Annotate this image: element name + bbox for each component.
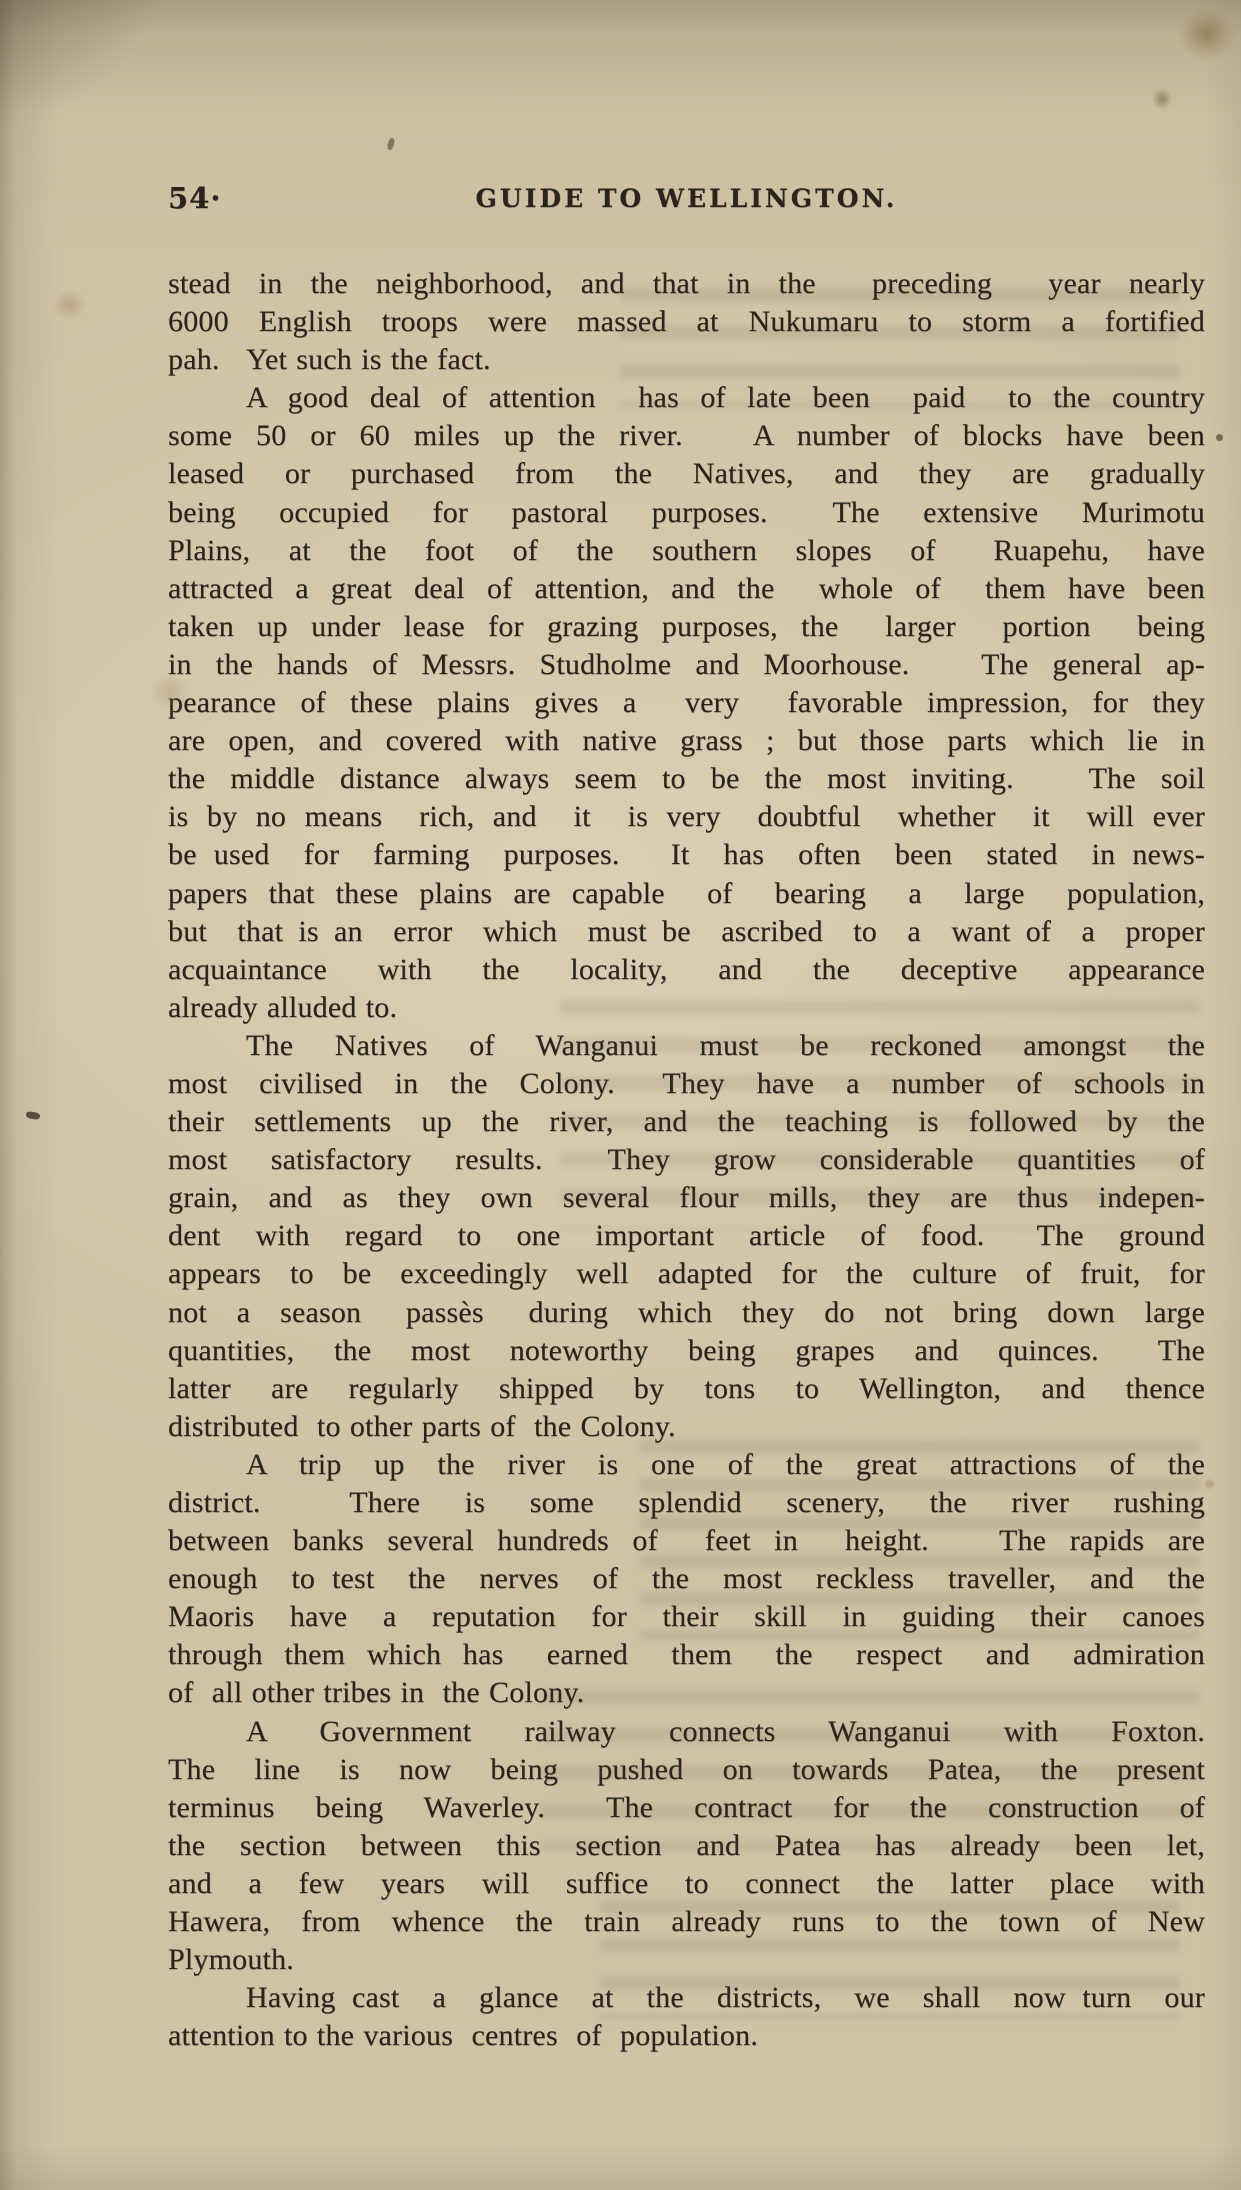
text-line: in the hands of Messrs. Studholme and Mo… xyxy=(168,646,1205,684)
text-line: A Government railway connects Wanganui w… xyxy=(168,1713,1205,1751)
text-line: acquaintance with the locality, and the … xyxy=(168,951,1205,989)
text-line: their settlements up the river, and the … xyxy=(168,1103,1205,1141)
text-line: pah. Yet such is the fact. xyxy=(168,341,1205,379)
text-line: A trip up the river is one of the great … xyxy=(168,1446,1205,1484)
text-line: leased or purchased from the Natives, an… xyxy=(168,455,1205,493)
text-line: Maoris have a reputation for their skill… xyxy=(168,1598,1205,1636)
text-line: of all other tribes in the Colony. xyxy=(168,1674,1205,1712)
text-line: A good deal of attention has of late bee… xyxy=(168,379,1205,417)
text-line: but that is an error which must be ascri… xyxy=(168,913,1205,951)
text-line: is by no means rich, and it is very doub… xyxy=(168,798,1205,836)
paragraph: A Government railway connects Wanganui w… xyxy=(168,1713,1205,1980)
text-line: pearance of these plains gives a very fa… xyxy=(168,684,1205,722)
text-line: appears to be exceedingly well adapted f… xyxy=(168,1255,1205,1293)
paragraph: A good deal of attention has of late bee… xyxy=(168,379,1205,1027)
running-title: GUIDE TO WELLINGTON. xyxy=(168,184,1205,213)
text-line: terminus being Waverley. The contract fo… xyxy=(168,1789,1205,1827)
stain xyxy=(52,290,86,320)
book-page: 54· GUIDE TO WELLINGTON. stead in the ne… xyxy=(0,0,1241,2190)
text-line: and a few years will suffice to connect … xyxy=(168,1865,1205,1903)
text-line: grain, and as they own several flour mil… xyxy=(168,1179,1205,1217)
paragraph: Having cast a glance at the districts, w… xyxy=(168,1979,1205,2055)
text-line: district. There is some splendid scenery… xyxy=(168,1484,1205,1522)
text-line: enough to test the nerves of the most re… xyxy=(168,1560,1205,1598)
text-line: taken up under lease for grazing purpose… xyxy=(168,608,1205,646)
paragraph: The Natives of Wanganui must be reckoned… xyxy=(168,1027,1205,1446)
text-line: papers that these plains are capable of … xyxy=(168,875,1205,913)
stain xyxy=(1178,8,1236,60)
ink-speck xyxy=(387,137,396,150)
text-line: 6000 English troops were massed at Nukum… xyxy=(168,303,1205,341)
paragraph: A trip up the river is one of the great … xyxy=(168,1446,1205,1713)
text-line: Having cast a glance at the districts, w… xyxy=(168,1979,1205,2017)
text-line: quantities, the most noteworthy being gr… xyxy=(168,1332,1205,1370)
text-line: The line is now being pushed on towards … xyxy=(168,1751,1205,1789)
text-line: through them which has earned them the r… xyxy=(168,1636,1205,1674)
text-line: The Natives of Wanganui must be reckoned… xyxy=(168,1027,1205,1065)
page-header: 54· GUIDE TO WELLINGTON. xyxy=(168,181,1205,215)
text-line: distributed to other parts of the Colony… xyxy=(168,1408,1205,1446)
text-line: latter are regularly shipped by tons to … xyxy=(168,1370,1205,1408)
text-line: attracted a great deal of attention, and… xyxy=(168,570,1205,608)
ink-speck xyxy=(1216,434,1223,441)
text-line: most civilised in the Colony. They have … xyxy=(168,1065,1205,1103)
text-line: already alluded to. xyxy=(168,989,1205,1027)
text-line: some 50 or 60 miles up the river. A numb… xyxy=(168,417,1205,455)
text-line: being occupied for pastoral purposes. Th… xyxy=(168,494,1205,532)
text-line: Hawera, from whence the train already ru… xyxy=(168,1903,1205,1941)
text-line: dent with regard to one important articl… xyxy=(168,1217,1205,1255)
text-line: between banks several hundreds of feet i… xyxy=(168,1522,1205,1560)
text-line: the section between this section and Pat… xyxy=(168,1827,1205,1865)
text-line: Plymouth. xyxy=(168,1941,1205,1979)
text-line: be used for farming purposes. It has oft… xyxy=(168,836,1205,874)
text-line: most satisfactory results. They grow con… xyxy=(168,1141,1205,1179)
stain xyxy=(1152,88,1172,110)
text-line: the middle distance always seem to be th… xyxy=(168,760,1205,798)
text-line: are open, and covered with native grass … xyxy=(168,722,1205,760)
ink-speck xyxy=(25,1111,40,1120)
paragraph: stead in the neighborhood, and that in t… xyxy=(168,265,1205,379)
text-line: not a season passès during which they do… xyxy=(168,1294,1205,1332)
stain xyxy=(1205,1480,1214,1488)
text-line: attention to the various centres of popu… xyxy=(168,2017,1205,2055)
page-text: stead in the neighborhood, and that in t… xyxy=(168,265,1205,2055)
text-line: Plains, at the foot of the southern slop… xyxy=(168,532,1205,570)
text-line: stead in the neighborhood, and that in t… xyxy=(168,265,1205,303)
